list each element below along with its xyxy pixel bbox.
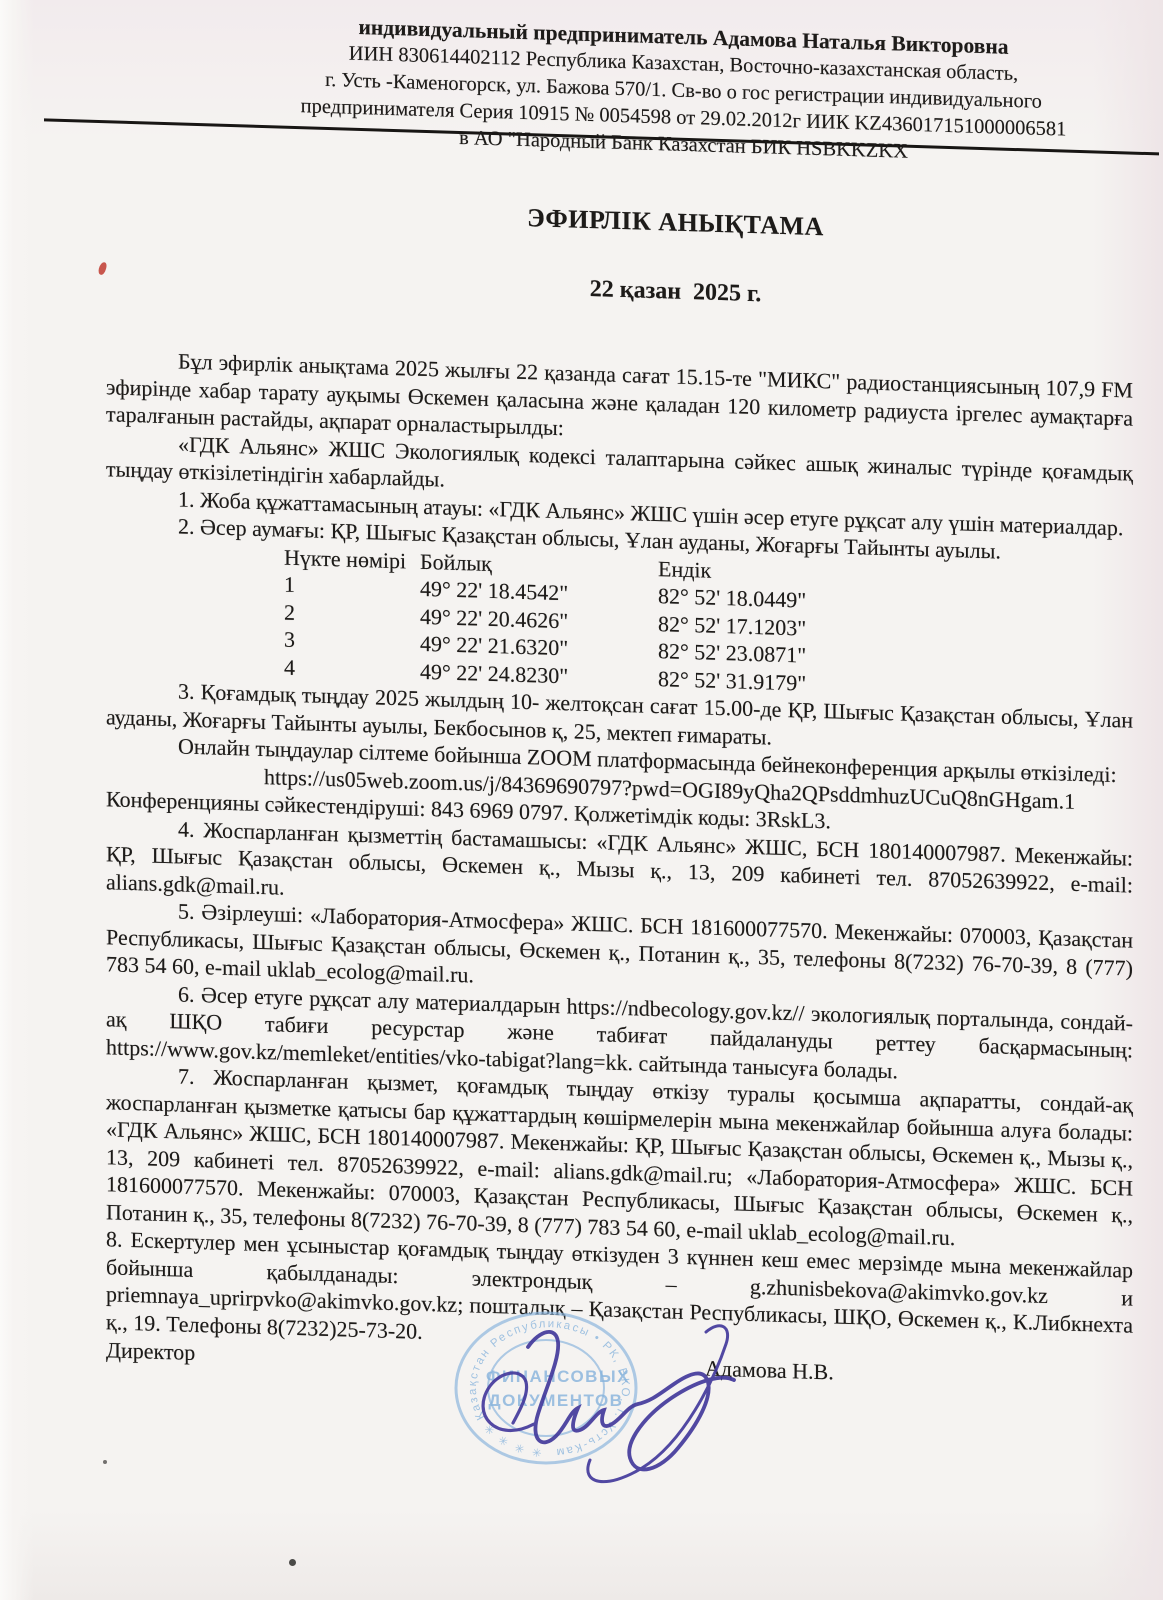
paragraph-item-7: 7. Жоспарланған қызмет, қоғамдық тыңдау … — [106, 1060, 1133, 1256]
title-block: ЭФИРЛІК АНЫҚТАМА 22 қазан 2025 г. — [218, 142, 1133, 356]
stamp-center-text-line1: ФИНАНСОВЫХ — [486, 1367, 630, 1386]
coordinates-table: Нүкте нөмірі Бойлық Ендік 1 49° 22' 18.4… — [284, 543, 1133, 706]
table-cell-point: 4 — [284, 653, 420, 685]
table-cell-point: 3 — [284, 626, 420, 658]
table-header-point: Нүкте нөмірі — [284, 543, 420, 575]
table-cell-point: 2 — [284, 598, 420, 630]
stamp-signature-svg: ✳ ✳ ✳ ✳ Қазақстан Республикасы • РК, ВКО… — [438, 1292, 778, 1502]
stamp-center-text-line2: ДОКУМЕНТОВ — [489, 1391, 624, 1410]
page-title: ЭФИРЛІК АНЫҚТАМА — [218, 194, 1133, 252]
stamp-and-signature: ✳ ✳ ✳ ✳ Қазақстан Республикасы • РК, ВКО… — [438, 1292, 778, 1502]
scanned-document-page: индивидуальный предприниматель Адамова Н… — [0, 0, 1163, 1600]
scan-speck — [289, 1559, 296, 1566]
document-content: индивидуальный предприниматель Адамова Н… — [0, 0, 1163, 1399]
scan-speck — [103, 1460, 107, 1464]
document-body: Бұл эфирлік анықтама 2025 жылғы 22 қазан… — [106, 345, 1133, 1397]
director-label: Директор — [106, 1337, 195, 1365]
document-date: 22 қазан 2025 г. — [218, 265, 1133, 320]
table-cell-point: 1 — [284, 571, 420, 603]
